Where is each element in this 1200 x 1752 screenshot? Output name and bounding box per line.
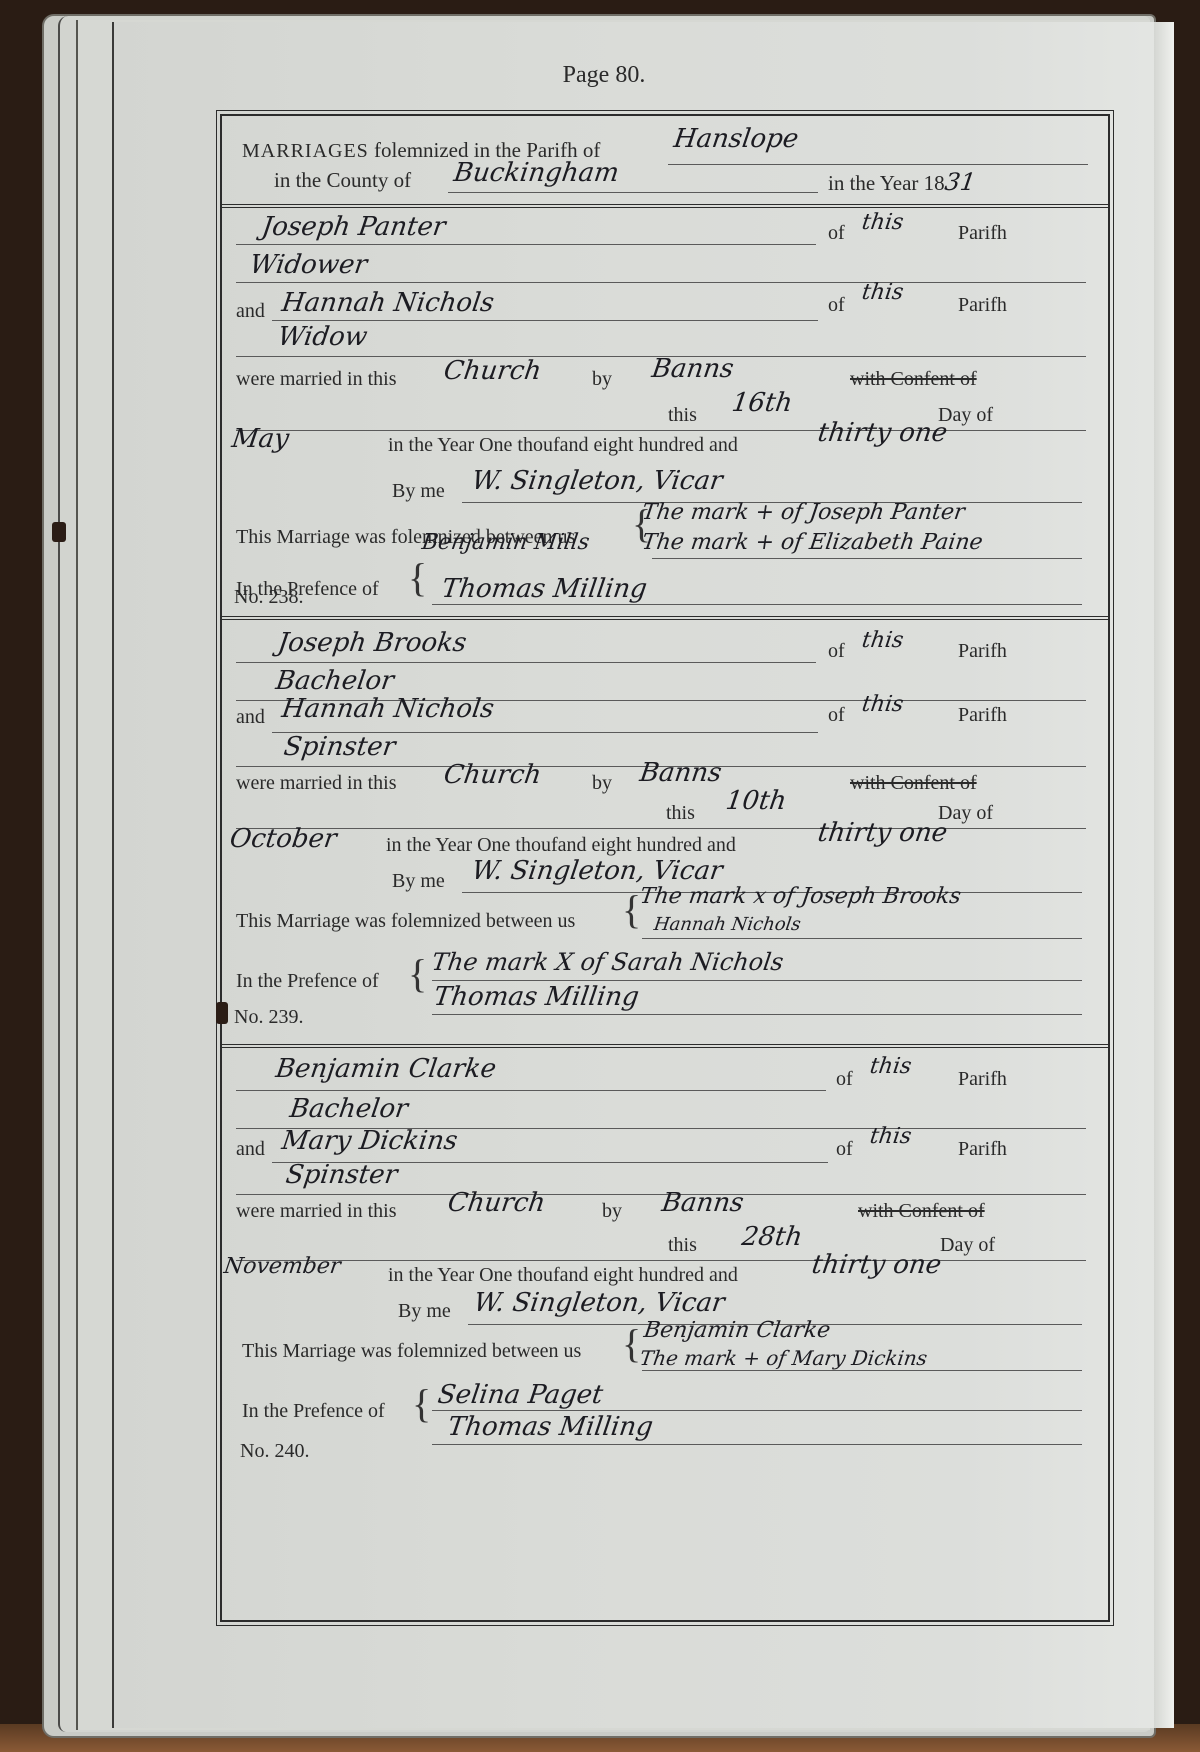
entry-number: No. 239. [234,1006,303,1029]
bride-status: Widow [276,322,369,352]
entry-number: No. 238. [234,586,303,609]
groom-parish: this [860,628,905,653]
marriage-register-form: MARRIAGES folemnized in the Parifh of Ha… [220,114,1110,1622]
groom-status: Bachelor [288,1094,410,1124]
party-1-signature: The mark + of Joseph Panter [640,500,966,525]
groom-name: Benjamin Clarke [274,1054,498,1084]
marriage-day: 28th [740,1222,804,1252]
witness-2-signature: Thomas Milling [440,574,649,604]
witness-1-signature: Selina Paget [436,1380,605,1410]
groom-parish: this [868,1054,913,1079]
party-2-signature: The mark + of Elizabeth Paine [640,530,984,555]
witness-1-signature: Benjamin Mills [420,530,591,555]
ink-stain [216,1002,228,1024]
party-2-signature: Hannah Nichols [653,914,803,935]
page-gutter [1154,22,1174,1728]
marriage-day: 10th [724,786,788,816]
bride-name: Hannah Nichols [280,694,496,724]
year-words: thirty one [810,1250,943,1280]
venue: Church [442,760,543,790]
marriage-month: October [228,824,339,854]
groom-name: Joseph Panter [260,212,448,242]
marriage-method: Banns [638,758,724,788]
year-label: in the Year 18 [828,171,945,195]
officiant-signature: W. Singleton, Vicar [470,466,725,496]
register-page: Page 80. MARRIAGES folemnized in the Par… [112,22,1174,1728]
officiant-signature: W. Singleton, Vicar [472,1288,727,1318]
officiant-signature: W. Singleton, Vicar [470,856,725,886]
bride-name: Hannah Nichols [280,288,496,318]
party-1-signature: Benjamin Clarke [642,1318,832,1343]
venue: Church [446,1188,547,1218]
marriage-month: November [222,1254,342,1279]
witness-2-signature: Thomas Milling [432,982,641,1012]
marriage-method: Banns [650,354,736,384]
bride-parish: this [860,280,905,305]
marriage-entry: Joseph Panter of this Parifh Widower and… [222,208,1108,620]
witness-2-signature: Thomas Milling [446,1412,655,1442]
witness-1-signature: The mark X of Sarah Nichols [430,948,785,976]
groom-parish: this [860,210,905,235]
bride-status: Spinster [282,732,397,762]
marriage-day: 16th [730,388,794,418]
party-1-signature: The mark x of Joseph Brooks [638,884,962,909]
marriage-method: Banns [660,1188,746,1218]
entry-number: No. 240. [240,1440,309,1463]
groom-status: Bachelor [274,666,396,696]
ink-stain [52,522,66,542]
venue: Church [442,356,543,386]
register-header: MARRIAGES folemnized in the Parifh of Ha… [222,116,1108,208]
marriage-entry: Benjamin Clarke of this Parifh Bachelor … [222,1048,1108,1620]
year-words: thirty one [816,818,949,848]
marriage-entry: Joseph Brooks of this Parifh Bachelor an… [222,620,1108,1048]
groom-name: Joseph Brooks [276,628,469,658]
parish-name: Hanslope [672,124,800,154]
groom-status: Widower [248,250,369,280]
bride-name: Mary Dickins [280,1126,460,1156]
bride-parish: this [860,692,905,717]
marriage-month: May [230,424,291,454]
marriages-heading: MARRIAGES [242,140,369,162]
county-label: in the County of [274,168,411,193]
year-words: thirty one [816,418,949,448]
county-name: Buckingham [452,158,621,188]
bride-parish: this [868,1124,913,1149]
page-number: Page 80. [74,62,1134,89]
year-value: 31 [943,168,977,196]
bride-status: Spinster [284,1160,399,1190]
party-2-signature: The mark + of Mary Dickins [638,1346,929,1370]
